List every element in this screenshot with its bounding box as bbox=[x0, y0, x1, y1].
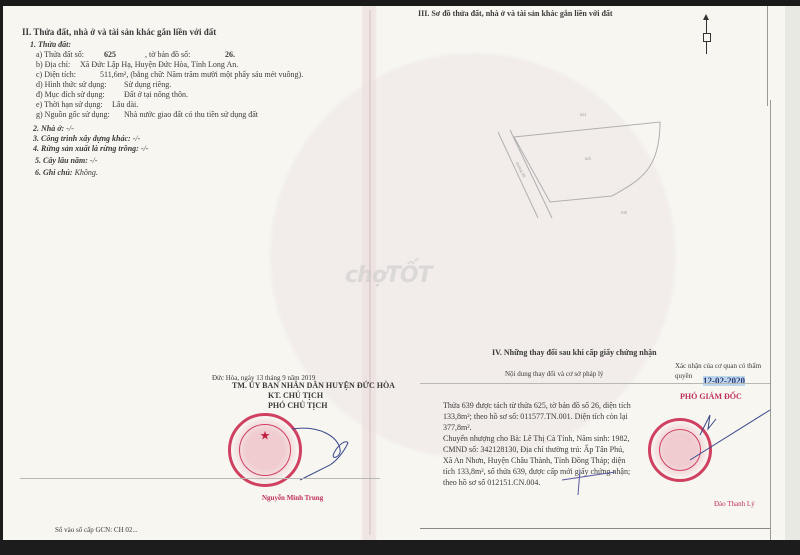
parcel-number: 625 bbox=[104, 50, 116, 60]
changes-column-content: Nội dung thay đổi và cơ sở pháp lý bbox=[505, 369, 603, 379]
neighbor-parcel-top: 624 bbox=[580, 110, 586, 120]
map-label: , tờ bản đồ số: bbox=[145, 50, 190, 60]
signing-title: PHÓ CHỦ TỊCH bbox=[268, 401, 327, 411]
map-number: 26. bbox=[225, 50, 235, 60]
usage-form-value: Sử dụng riêng. bbox=[124, 80, 171, 90]
fold-crease bbox=[20, 478, 380, 479]
change-line-5: CMND số: 342128130, Địa chỉ thường trú: … bbox=[443, 445, 624, 455]
item-perennial-trees: 5. Cây lâu năm: -/- bbox=[35, 156, 97, 166]
right-border-top bbox=[767, 6, 768, 106]
change-line-4: Chuyển nhượng cho Bà: Lê Thị Cà Tính, Nă… bbox=[443, 434, 629, 444]
item-house: 2. Nhà ở: -/- bbox=[33, 124, 74, 134]
parcel-label: a) Thửa đất số: bbox=[36, 50, 84, 60]
origin-label: g) Nguồn gốc sử dụng: bbox=[36, 110, 110, 120]
section-iv-title: IV. Những thay đổi sau khi cấp giấy chứn… bbox=[492, 348, 657, 358]
change-line-8: theo hồ sơ số 012151.CN.004. bbox=[443, 478, 540, 488]
address-label: b) Địa chỉ: bbox=[36, 60, 70, 70]
change-line-1: Thửa 639 được tách từ thửa 625, tờ bản đ… bbox=[443, 401, 631, 411]
parcel-number-label: 625 bbox=[585, 154, 591, 164]
signing-kt: KT. CHỦ TỊCH bbox=[268, 391, 323, 401]
usage-form-label: d) Hình thức sử dụng: bbox=[36, 80, 106, 90]
confirmation-date-stamp: 12-02-2020 bbox=[703, 376, 745, 386]
purpose-value: Đất ở tại nông thôn. bbox=[124, 90, 188, 100]
initials-scribble bbox=[560, 470, 620, 500]
changes-header-line bbox=[420, 383, 770, 384]
signer-name: Nguyễn Minh Trung bbox=[262, 493, 323, 503]
confirmation-signature bbox=[680, 405, 780, 475]
registry-number: Số vào sổ cấp GCN: CH 02... bbox=[55, 525, 138, 535]
item-note: 6. Ghi chú: Không. bbox=[35, 168, 98, 178]
term-label: e) Thời hạn sử dụng: bbox=[36, 100, 103, 110]
confirm-title: PHÓ GIÁM ĐỐC bbox=[680, 392, 742, 402]
change-line-2: 133,8m²; theo hồ sơ số: 011577.TN.001. D… bbox=[443, 412, 628, 422]
neighbor-parcel-bottom: 639 bbox=[621, 208, 627, 218]
right-page-edge bbox=[785, 6, 800, 540]
address-value: Xã Đức Lập Hạ, Huyện Đức Hòa, Tỉnh Long … bbox=[80, 60, 238, 70]
signature-scribble bbox=[290, 425, 360, 485]
area-label: c) Diện tích: bbox=[36, 70, 76, 80]
confirmation-signer: Đào Thanh Lý bbox=[714, 499, 755, 509]
purpose-label: đ) Mục đích sử dụng: bbox=[36, 90, 105, 100]
change-line-3: 377,8m². bbox=[443, 423, 472, 433]
section-iii-title: III. Sơ đồ thửa đất, nhà ở và tài sản kh… bbox=[418, 9, 613, 19]
parcel-diagram bbox=[470, 100, 670, 250]
bottom-edge-line bbox=[420, 528, 770, 529]
item-other-construction: 3. Công trình xây dựng khác: -/- bbox=[33, 134, 140, 144]
chotot-watermark: chợTỐT bbox=[345, 263, 432, 288]
origin-value: Nhà nước giao đất có thu tiền sử dụng đấ… bbox=[124, 110, 258, 120]
area-value: 511,6m², (bằng chữ: Năm trăm mười một ph… bbox=[100, 70, 303, 80]
item-production-forest: 4. Rừng sản xuất là rừng trồng: -/- bbox=[33, 144, 148, 154]
section-ii-title: II. Thửa đất, nhà ở và tài sản khác gắn … bbox=[22, 27, 216, 37]
land-heading: 1. Thửa đất: bbox=[30, 40, 71, 50]
north-arrow-box bbox=[703, 33, 711, 42]
signing-authority: TM. ỦY BAN NHÂN DÂN HUYỆN ĐỨC HÒA bbox=[232, 381, 395, 391]
change-line-6: Xã An Nhơn, Huyện Châu Thành, Tỉnh Đồng … bbox=[443, 456, 625, 466]
term-value: Lâu dài. bbox=[112, 100, 138, 110]
bottom-dark-border bbox=[0, 540, 800, 555]
